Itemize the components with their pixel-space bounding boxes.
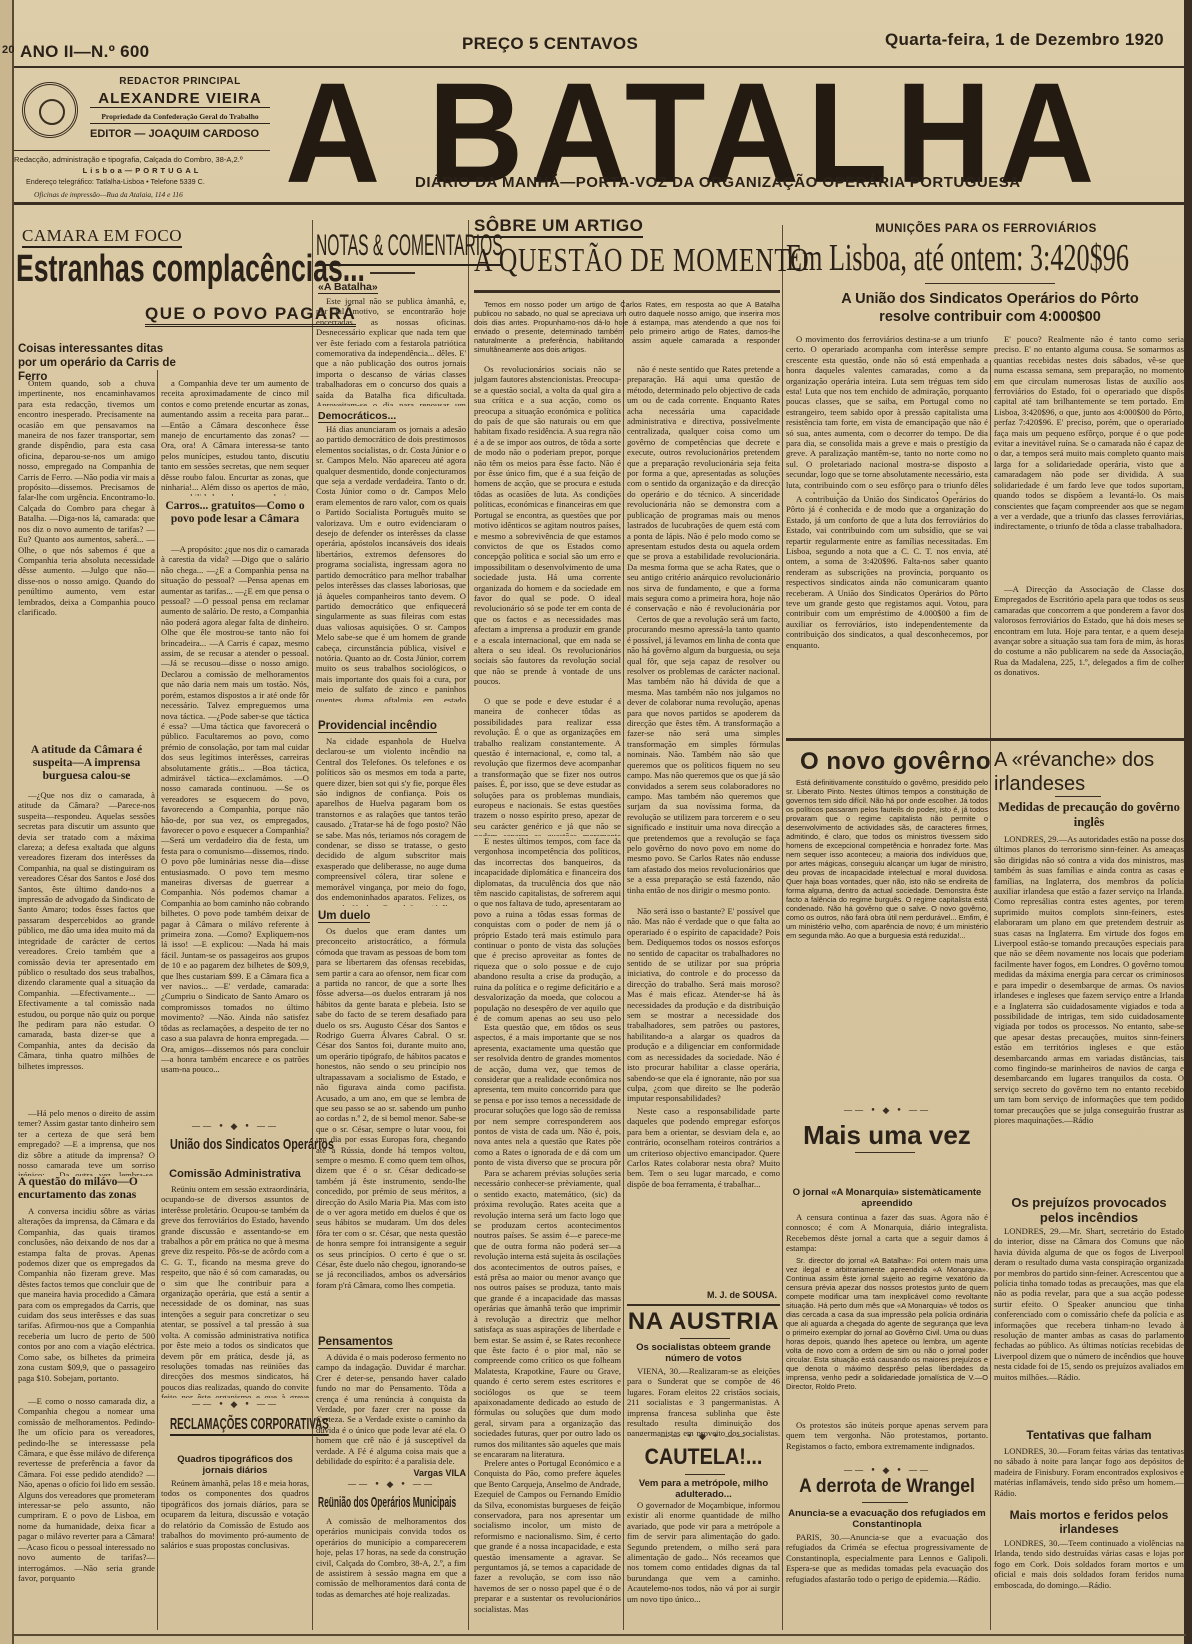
article-questao-part4: Esta questão que, em tôdos os seus aspec… [474, 1022, 621, 1168]
heading-na-austria: NA AUSTRIA [627, 1308, 780, 1336]
article-questao-part5: Para se acharem prévias soluções seria n… [474, 1168, 621, 1458]
editorial-intro: Temos em nosso poder um artigo de Carlos… [474, 300, 780, 358]
section-rule [786, 738, 1186, 741]
article-camara-part2: —¿Que nos diz o camarada, à atitude da C… [18, 790, 155, 1108]
article-camara-col2a: a Companhia deve ter um aumento de recei… [161, 378, 309, 496]
subhead-socialistas-votos: Os socialistas obteem grande número de v… [627, 1342, 780, 1364]
subhead-a-monarquia: O jornal «A Monarquia» sistemàticamente … [786, 1187, 988, 1209]
column-rule [990, 360, 991, 740]
address: Redacção, administração e tipografia, Ca… [14, 155, 284, 164]
article-derrota-wrangel: PARIS, 30.—Anuncia-se que a evacuação do… [786, 1532, 988, 1602]
ornament-divider: —— • ◆ • —— [786, 1466, 988, 1476]
ornament-divider: —— • ◆ • —— [316, 1480, 466, 1490]
seal-icon [22, 82, 78, 138]
newspaper-page: 20 ANO II—N.º 600 PREÇO 5 CENTAVOS Quart… [0, 0, 1192, 1644]
heading-reclamacoes: RECLAMAÇÕES CORPORATIVAS [170, 1416, 329, 1436]
short-rule [370, 272, 415, 274]
article-questao-part6: Prelere antes o Portugal Económico e a C… [474, 1458, 621, 1634]
short-rule [680, 1338, 730, 1339]
article-questao-col5a: não é neste sentido que Rates pretende a… [627, 364, 780, 612]
note-pensamentos: A dúvida é o mais poderoso fermento no c… [316, 1352, 466, 1466]
workshops-address: Oficinas de impressão—Rua da Atalaia, 11… [34, 190, 294, 199]
heading-mais-mortos: Mais mortos e feridos pelos irlandeses [994, 1508, 1184, 1536]
article-municoes-part1: O movimento dos ferroviários destina-se … [786, 334, 988, 494]
redactor-label: REDACTOR PRINCIPAL [90, 76, 270, 87]
note-um-duelo: Os duelos que eram dantes um preconceito… [316, 926, 466, 1326]
subhead-providencial-incendio: Providencial incêndio [318, 720, 437, 733]
subhead-carros-gratuitos: Carros... gratuitos—Como o povo pode les… [161, 500, 309, 526]
kicker-camara: CAMARA EM FOCO [22, 226, 182, 248]
page-bottom-rule [14, 1634, 1186, 1636]
telegraph-info: Endereço telegráfico: Tatlalha-Lisboa • … [26, 177, 286, 186]
subhead-a-batalha: «A Batalha» [318, 281, 378, 294]
short-rule [1055, 796, 1101, 797]
article-mais-uma-vez-end: Os protestos são inúteis porque apenas s… [786, 1420, 988, 1472]
heading-reuniao-operarios: Reünião dos Operários Municipais [318, 1494, 456, 1511]
side-page-number: 20 [2, 44, 15, 56]
article-camara-col2b: —A propósito: ¿que nos diz o camarada à … [161, 544, 309, 1120]
heading-mais-uma-vez: Mais uma vez [786, 1120, 988, 1151]
heading-prejuizos-incendios: Os prejuízos provocados pelos incêndios [994, 1195, 1184, 1225]
section-rule [627, 1304, 780, 1306]
headline-em-lisboa: Em Lisboa, até ontem: 3:420$96 [786, 236, 1129, 280]
note-reuniao-operarios: A comissão de melhoramentos dos operário… [316, 1516, 466, 1616]
headline-questao-momento: A QUESTÃO DE MOMENTO [474, 242, 809, 280]
article-camara-part3: —Há pelo menos o direito de assim temer?… [18, 1108, 155, 1176]
subhead-milho-adulterado: Vem para a metrópole, milho adulterado..… [627, 1478, 780, 1500]
article-camara-part4: A conversa incidiu sôbre as várias alter… [18, 1206, 155, 1396]
redactor-name: ALEXANDRE VIEIRA [90, 90, 270, 108]
heading-revanche-irlandeses: A «révanche» dos irlandeses [994, 748, 1184, 796]
note-providencial-incendio: Na cidade espanhola de Huelva declarou-s… [316, 736, 466, 906]
masthead-info-rule [14, 150, 270, 151]
kicker-municoes: MUNIÇÕES PARA OS FERROVIÁRIOS [786, 223, 1186, 235]
article-uniao: Reüniu ontem em sessão extraordinária, o… [161, 1184, 309, 1398]
article-questao-part3: E nestes últimos tempos, com face da ver… [474, 836, 621, 1022]
newspaper-tagline: DIÁRIO DA MANHÃ—PORTA-VOZ DA ORGANIZAÇÃO… [415, 174, 1021, 191]
short-rule [685, 1474, 725, 1475]
adjacent-page-edge [0, 0, 14, 1644]
column-rule [990, 740, 991, 1630]
price: PREÇO 5 CENTAVOS [462, 34, 638, 54]
editor-line: EDITOR — JOAQUIM CARDOSO [90, 128, 270, 140]
masthead-rule-bottom [14, 202, 1186, 205]
deck-uniao-porto: A União dos Sindicatos Operários do Pôrt… [830, 290, 1150, 326]
article-cautela: O governador de Moçambique, informou exi… [627, 1500, 780, 1620]
short-rule [925, 283, 1055, 284]
article-revanche: LONDRES, 29.—As autoridades estão na pos… [994, 834, 1184, 1192]
note-a-batalha: Este jornal não se publica àmanhã, e, po… [316, 296, 466, 406]
article-municoes-part3: E' pouco? Realmente não é tanto como ser… [994, 334, 1184, 584]
article-questao-col5c: Não será isso o bastante? E' possível qu… [627, 906, 780, 1106]
issue-number: ANO II—N.º 600 [20, 42, 149, 62]
subhead-milavo: A questão do milávo—O encurtamento das z… [18, 1176, 155, 1202]
article-novo-governo: Está definitivamente constituído o govêr… [786, 778, 988, 1104]
subhead-comissao-administrativa: Comissão Administrativa [161, 1168, 309, 1180]
column-rule [468, 220, 469, 1630]
article-questao-col5b: Certos de que a revolução será um facto,… [627, 614, 780, 906]
article-municoes-part2: A contribuição da União dos Sindicatos O… [786, 494, 988, 724]
article-questao-col5d: Neste caso a responsabilidade parte daqu… [627, 1106, 780, 1234]
heading-derrota-wrangel: A derrota de Wrangel [794, 1476, 980, 1498]
signature-mj-sousa: M. J. de SOUSA. [627, 1290, 777, 1300]
short-rule [855, 1152, 915, 1153]
kicker-sobre-artigo: SÔBRE UM ARTIGO [474, 216, 643, 238]
article-mais-mortos: LONDRES, 30.—Teem continuado a violência… [994, 1538, 1184, 1610]
ornament-divider: —— • ◆ • —— [627, 1432, 780, 1442]
article-questao-part2: O que se pode e deve estudar é a maneira… [474, 696, 621, 836]
heading-cautela: CAUTELA!... [635, 1444, 773, 1470]
page-binding-edge [1184, 0, 1192, 1644]
subhead-medidas-precaucao: Medidas de precaução do govêrno inglês [994, 800, 1184, 830]
subhead-atitude-camara: A atitude da Câmara é suspeita—A imprens… [18, 744, 155, 783]
ornament-divider: —— • ◆ • —— [786, 1106, 988, 1116]
column-rule [157, 370, 158, 1630]
letter-a-monarquia: Sr. director do jornal «A Batalha»: Foi … [786, 1256, 988, 1412]
issue-date: Quarta-feira, 1 de Dezembro 1920 [885, 30, 1164, 50]
heading-uniao-sindicatos: União dos Sindicatos Operários [170, 1136, 334, 1153]
signature-vargas-vila: Vargas VILA [316, 1468, 466, 1478]
column-rule [623, 300, 624, 1630]
subhead-evacuacao-refugiados: Anuncia-se a evacuação dos refugiados em… [786, 1500, 988, 1530]
property-line: Propriedade da Confederação Geral do Tra… [90, 112, 270, 124]
note-democraticos: Há dias anunciaram os jornais a adesão a… [316, 424, 466, 702]
column-rule [782, 225, 783, 1630]
article-camara-part1: Ontem quando, sob a chuva impertinente, … [18, 378, 155, 740]
heading-novo-governo: O novo govêrno [800, 748, 991, 776]
article-quadros: Reúnem àmanhã, pelas 18 e meia horas, to… [161, 1478, 309, 1558]
article-questao-part1: Os revolucionários sociais não se julgam… [474, 364, 621, 694]
headline-complacencias: Estranhas complacências... [16, 248, 365, 291]
headline-rule [474, 290, 780, 293]
heading-tentativas-falham: Tentativas que falham [994, 1428, 1184, 1442]
subhead-um-duelo: Um duelo [318, 910, 370, 923]
city: Lisboa—PORTUGAL [14, 166, 270, 175]
article-tentativas: LONDRES, 30.—Foram feitas várias das ten… [994, 1446, 1184, 1506]
ornament-divider: —— • ◆ • —— [161, 1400, 309, 1410]
article-na-austria: VIENA, 30.—Realizaram-se as eleições par… [627, 1366, 780, 1436]
article-camara-part5: —E como o nosso camarada diz, a Companhi… [18, 1396, 155, 1636]
subhead-democraticos: Democráticos... [318, 410, 396, 423]
article-prejuizos: LONDRES, 29.—Mr. Shart, secretário do Es… [994, 1226, 1184, 1396]
subhead-quadros-tipograficos: Quadros tipográficos dos jornais diários [161, 1454, 309, 1476]
article-municoes-part4: —A Direcção da Associação de Classe dos … [994, 584, 1184, 724]
subhead-pensamentos: Pensamentos [318, 1336, 393, 1349]
ornament-divider: —— • ◆ • —— [161, 1122, 309, 1132]
article-mais-uma-vez-intro: A censura continua a fazer das suas. Ago… [786, 1212, 988, 1254]
